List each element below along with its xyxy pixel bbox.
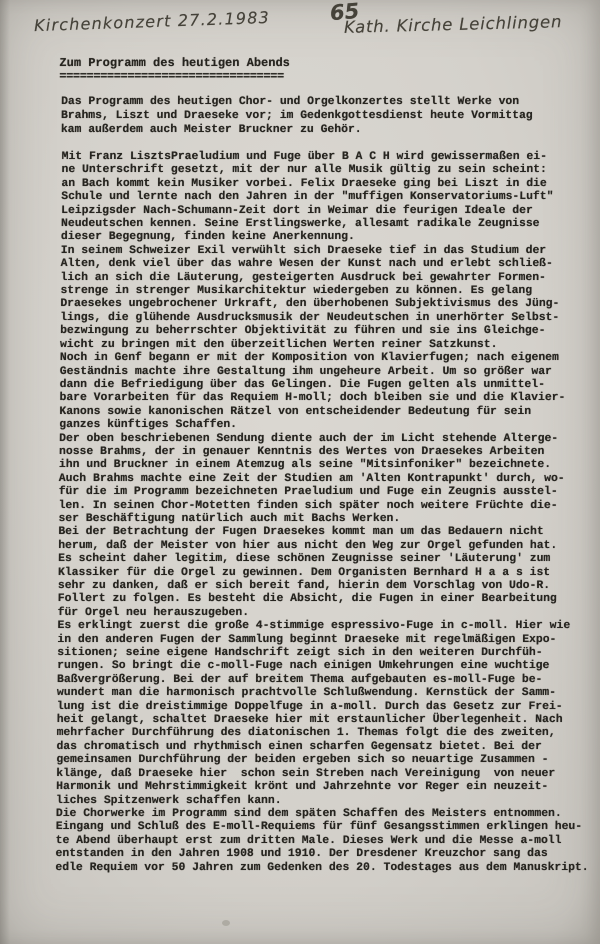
scan-speck [222,920,230,926]
main-text-block: Mit Franz LisztsPraeludium und Fuge über… [55,151,594,875]
document-title-underline: ================================= [59,70,284,81]
scanned-document-page: Kirchenkonzert 27.2.1983 65 Kath. Kirche… [0,0,600,944]
typed-content-layer: Zum Programm des heutigen Abends =======… [0,0,600,944]
document-title: Zum Programm des heutigen Abends [59,57,290,70]
intro-paragraph: Das Programm des heutigen Chor- und Orge… [61,95,533,138]
